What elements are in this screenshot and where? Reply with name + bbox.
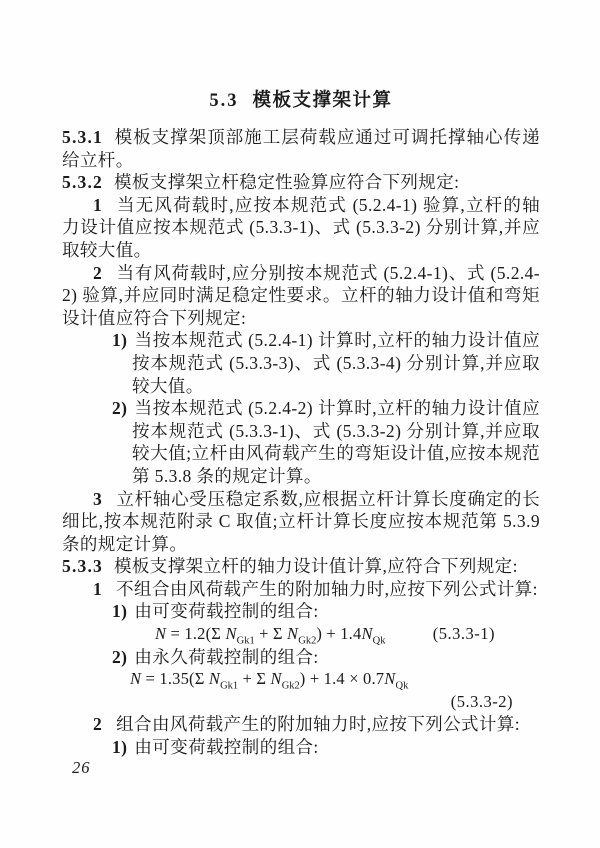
item-text: 当有风荷载时,应分别按本规范式 (5.2.4-1)、式 (5.2.4-2) 验算… bbox=[62, 263, 540, 328]
formula-expression: N = 1.35(Σ NGk1 + Σ NGk2) + 1.4 × 0.7NQk bbox=[130, 668, 408, 691]
item-number: 2 bbox=[93, 263, 102, 283]
clause-number: 5.3.3 bbox=[62, 556, 103, 576]
subitem-number: 2) bbox=[112, 647, 127, 667]
clause-number: 5.3.1 bbox=[62, 127, 103, 147]
section-title: 5.3模板支撑架计算 bbox=[62, 88, 540, 114]
item-text: 当无风荷载时,应按本规范式 (5.2.4-1) 验算,立杆的轴力设计值应按本规范… bbox=[62, 195, 540, 260]
section-title-text: 模板支撑架计算 bbox=[253, 91, 393, 111]
page-number: 26 bbox=[72, 758, 91, 778]
equation-number: (5.3.3-1) bbox=[433, 623, 495, 646]
item-number: 2 bbox=[93, 714, 102, 734]
subitem-text: 由可变荷载控制的组合: bbox=[134, 601, 318, 621]
item-text: 组合由风荷载产生的附加轴力时,应按下列公式计算: bbox=[116, 714, 520, 734]
subitem-5-3-2-2-2: 2)当按本规范式 (5.2.4-2) 计算时,立杆的轴力设计值应按本规范式 (5… bbox=[62, 397, 540, 487]
subitem-text: 由可变荷载控制的组合: bbox=[134, 737, 318, 757]
subitem-text: 当按本规范式 (5.2.4-1) 计算时,立杆的轴力设计值应按本规范式 (5.3… bbox=[132, 330, 540, 395]
item-5-3-2-3: 3立杆轴心受压稳定系数,应根据立杆计算长度确定的长细比,按本规范附录 C 取值;… bbox=[62, 488, 540, 556]
item-number: 1 bbox=[93, 579, 102, 599]
formula-expression: N = 1.2(Σ NGk1 + Σ NGk2) + 1.4NQk bbox=[155, 623, 386, 646]
equation-number: (5.3.3-2) bbox=[62, 691, 540, 714]
subitem-5-3-3-1-1: 1)由可变荷载控制的组合: bbox=[62, 600, 540, 623]
subitem-text: 当按本规范式 (5.2.4-2) 计算时,立杆的轴力设计值应按本规范式 (5.3… bbox=[132, 398, 540, 486]
clause-5-3-2: 5.3.2模板支撑架立杆稳定性验算应符合下列规定: bbox=[62, 171, 540, 194]
item-5-3-3-1: 1不组合由风荷载产生的附加轴力时,应按下列公式计算: bbox=[62, 578, 540, 601]
item-5-3-3-2: 2组合由风荷载产生的附加轴力时,应按下列公式计算: bbox=[62, 713, 540, 736]
subitem-5-3-3-1-2: 2)由永久荷载控制的组合: bbox=[62, 646, 540, 669]
item-text: 不组合由风荷载产生的附加轴力时,应按下列公式计算: bbox=[116, 579, 538, 599]
item-number: 1 bbox=[93, 195, 102, 215]
clause-5-3-1: 5.3.1模板支撑架顶部施工层荷载应通过可调托撑轴心传递给立杆。 bbox=[62, 126, 540, 171]
document-body: 5.3.1模板支撑架顶部施工层荷载应通过可调托撑轴心传递给立杆。 5.3.2模板… bbox=[62, 126, 540, 759]
subitem-5-3-2-2-1: 1)当按本规范式 (5.2.4-1) 计算时,立杆的轴力设计值应按本规范式 (5… bbox=[62, 329, 540, 397]
subitem-number: 1) bbox=[112, 737, 127, 757]
subitem-number: 2) bbox=[112, 398, 127, 418]
formula-5-3-3-2: N = 1.35(Σ NGk1 + Σ NGk2) + 1.4 × 0.7NQk bbox=[62, 668, 540, 691]
formula-5-3-3-1: N = 1.2(Σ NGk1 + Σ NGk2) + 1.4NQk (5.3.3… bbox=[62, 623, 540, 646]
item-5-3-2-1: 1当无风荷载时,应按本规范式 (5.2.4-1) 验算,立杆的轴力设计值应按本规… bbox=[62, 194, 540, 262]
subitem-number: 1) bbox=[112, 601, 127, 621]
subitem-5-3-3-2-1: 1)由可变荷载控制的组合: bbox=[62, 736, 540, 759]
item-number: 3 bbox=[93, 489, 102, 509]
section-number: 5.3 bbox=[209, 91, 238, 111]
clause-text: 模板支撑架立杆的轴力设计值计算,应符合下列规定: bbox=[114, 556, 518, 576]
clause-5-3-3: 5.3.3模板支撑架立杆的轴力设计值计算,应符合下列规定: bbox=[62, 555, 540, 578]
item-5-3-2-2: 2当有风荷载时,应分别按本规范式 (5.2.4-1)、式 (5.2.4-2) 验… bbox=[62, 262, 540, 330]
subitem-text: 由永久荷载控制的组合: bbox=[134, 647, 318, 667]
clause-text: 模板支撑架立杆稳定性验算应符合下列规定: bbox=[114, 172, 459, 192]
subitem-number: 1) bbox=[112, 330, 127, 350]
item-text: 立杆轴心受压稳定系数,应根据立杆计算长度确定的长细比,按本规范附录 C 取值;立… bbox=[62, 489, 540, 554]
clause-text: 模板支撑架顶部施工层荷载应通过可调托撑轴心传递给立杆。 bbox=[62, 127, 540, 170]
clause-number: 5.3.2 bbox=[62, 172, 103, 192]
document-page: 5.3模板支撑架计算 5.3.1模板支撑架顶部施工层荷载应通过可调托撑轴心传递给… bbox=[0, 0, 600, 848]
